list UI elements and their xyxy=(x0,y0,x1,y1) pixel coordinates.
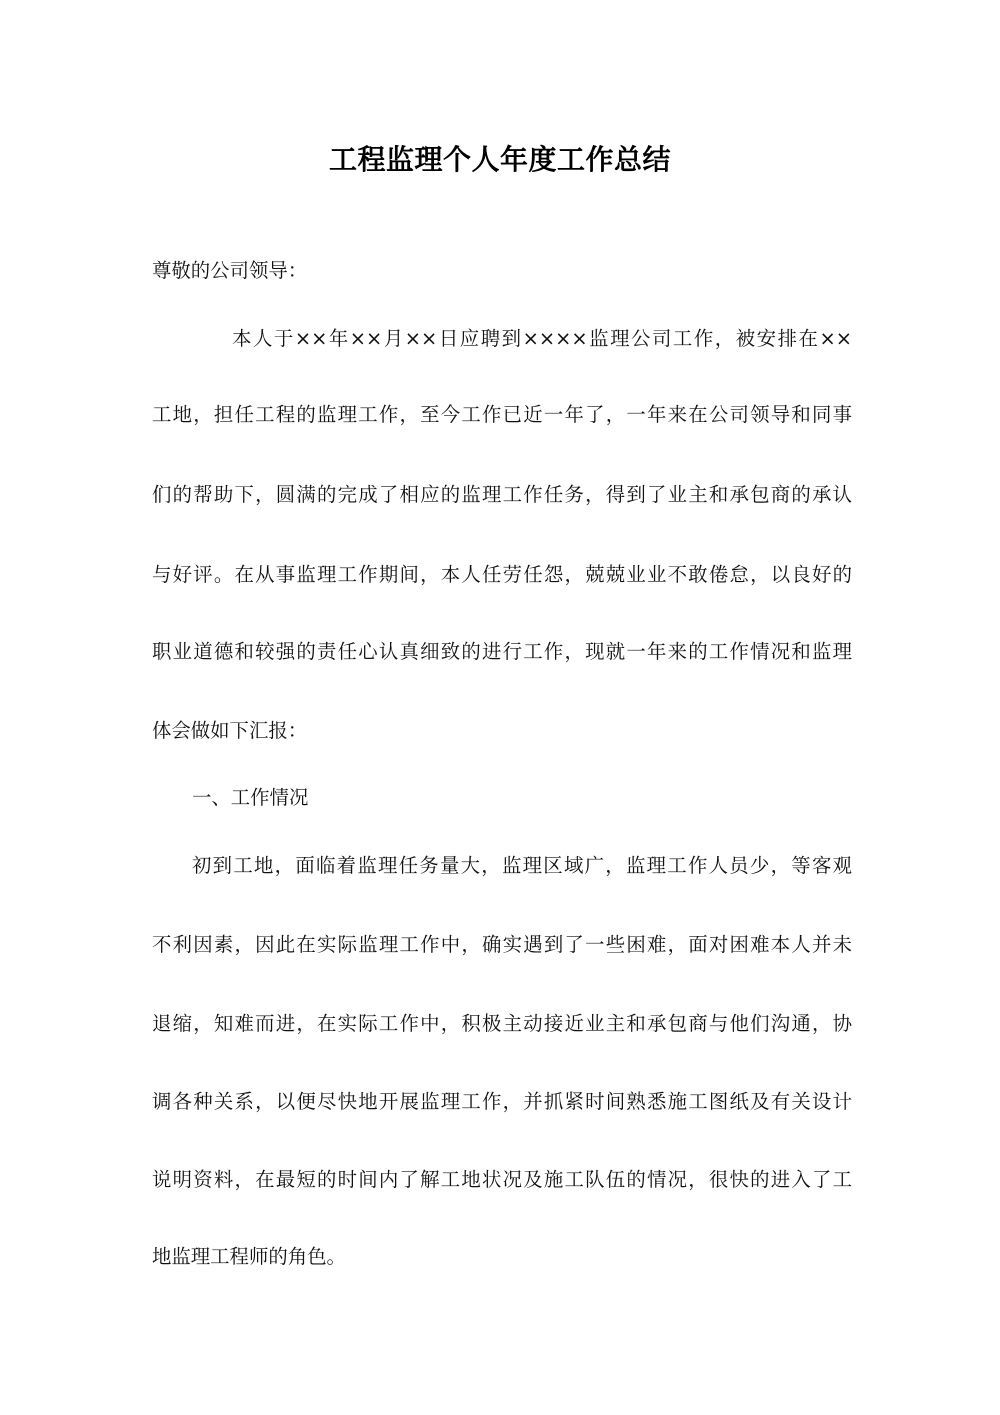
paragraph-line: 不利因素，因此在实际监理工作中，确实遇到了一些困难，面对困难本人并未 xyxy=(152,931,852,959)
paragraph-line: 地监理工程师的角色。 xyxy=(152,1243,852,1271)
paragraph-line: 退缩，知难而进，在实际工作中，积极主动接近业主和承包商与他们沟通，协 xyxy=(152,1010,852,1038)
paragraph-line: 说明资料，在最短的时间内了解工地状况及施工队伍的情况，很快的进入了工 xyxy=(152,1166,852,1194)
paragraph-line: 与好评。在从事监理工作期间，本人任劳任怨，兢兢业业不敢倦怠，以良好的 xyxy=(152,561,852,589)
salutation: 尊敬的公司领导： xyxy=(152,257,852,285)
paragraph-line: 职业道德和较强的责任心认真细致的进行工作，现就一年来的工作情况和监理 xyxy=(152,638,852,666)
section-heading: 一、工作情况 xyxy=(192,784,852,812)
paragraph-line: 工地，担任工程的监理工作，至今工作已近一年了，一年来在公司领导和同事 xyxy=(152,401,852,429)
paragraph-line: 初到工地，面临着监理任务量大，监理区域广，监理工作人员少，等客观 xyxy=(192,852,852,880)
paragraph-line: 调各种关系，以便尽快地开展监理工作，并抓紧时间熟悉施工图纸及有关设计 xyxy=(152,1088,852,1116)
paragraph-line: 体会做如下汇报： xyxy=(152,717,852,745)
document-title: 工程监理个人年度工作总结 xyxy=(0,140,1000,180)
paragraph-line: 们的帮助下，圆满的完成了相应的监理工作任务，得到了业主和承包商的承认 xyxy=(152,481,852,509)
paragraph-line: 本人于××年××月××日应聘到××××监理公司工作，被安排在×× xyxy=(232,325,852,353)
document-page: 工程监理个人年度工作总结 尊敬的公司领导： 本人于××年××月××日应聘到×××… xyxy=(0,0,1000,1415)
